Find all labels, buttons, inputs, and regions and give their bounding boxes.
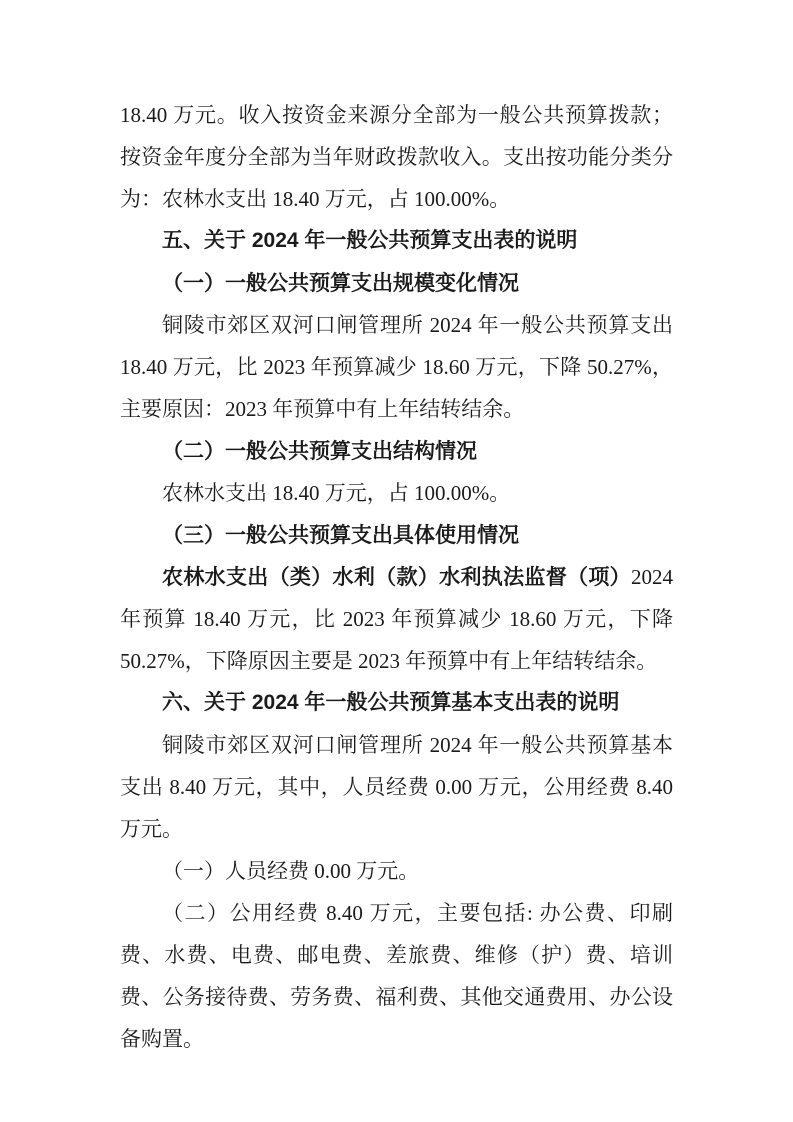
paragraph-basic-expenditure: 铜陵市郊区双河口闸管理所 2024 年一般公共预算基本支出 8.40 万元，其中… bbox=[120, 724, 673, 850]
document-page: 18.40 万元。收入按资金来源分全部为一般公共预算拨款；按资金年度分全部为当年… bbox=[0, 0, 793, 1122]
heading-expenditure-structure: （二）一般公共预算支出结构情况 bbox=[120, 430, 673, 472]
paragraph-income-overview-continuation: 18.40 万元。收入按资金来源分全部为一般公共预算拨款；按资金年度分全部为当年… bbox=[120, 94, 673, 220]
heading-section-six: 六、关于 2024 年一般公共预算基本支出表的说明 bbox=[120, 682, 673, 724]
heading-section-five: 五、关于 2024 年一般公共预算支出表的说明 bbox=[120, 220, 673, 262]
heading-expenditure-usage: （三）一般公共预算支出具体使用情况 bbox=[120, 514, 673, 556]
paragraph-expenditure-usage: 农林水支出（类）水利（款）水利执法监督（项）2024 年预算 18.40 万元，… bbox=[120, 556, 673, 682]
paragraph-expenditure-structure: 农林水支出 18.40 万元，占 100.00%。 bbox=[120, 472, 673, 514]
paragraph-public-expense: （二）公用经费 8.40 万元，主要包括: 办公费、印刷费、水费、电费、邮电费、… bbox=[120, 892, 673, 1060]
heading-expenditure-scale-change: （一）一般公共预算支出规模变化情况 bbox=[120, 262, 673, 304]
paragraph-expenditure-change: 铜陵市郊区双河口闸管理所 2024 年一般公共预算支出 18.40 万元，比 2… bbox=[120, 304, 673, 430]
expenditure-category-label: 农林水支出（类）水利（款）水利执法监督（项） bbox=[162, 565, 631, 589]
paragraph-personnel-expense: （一）人员经费 0.00 万元。 bbox=[120, 850, 673, 892]
